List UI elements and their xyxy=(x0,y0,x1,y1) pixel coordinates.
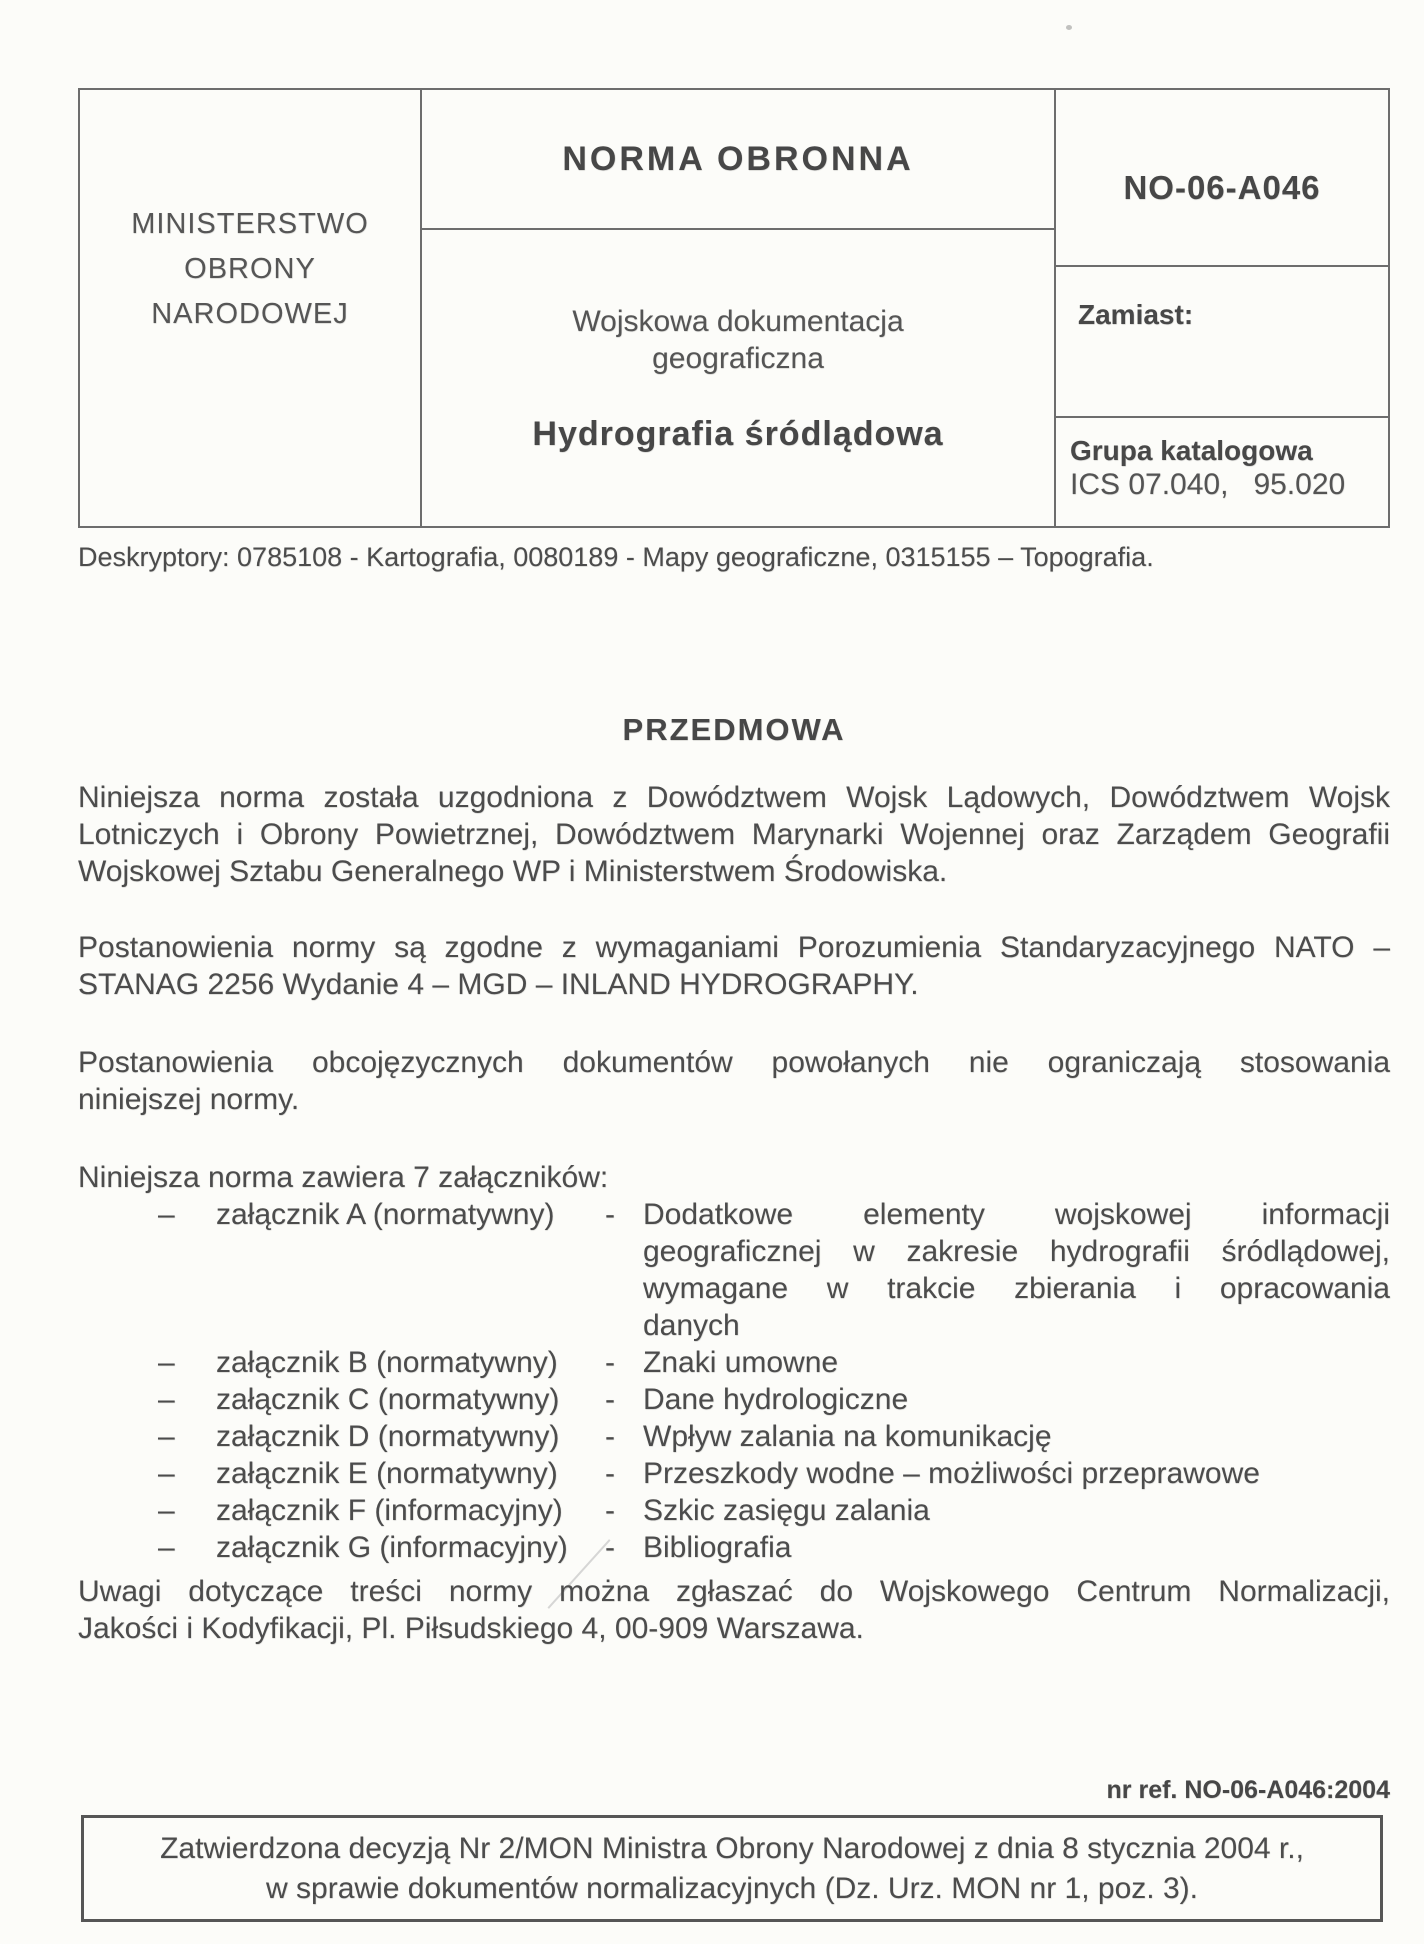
attachment-row-g: – załącznik G (informacyjny) - Bibliogra… xyxy=(78,1529,1390,1566)
paragraph-stanag: Postanowienia normy są zgodne z wymagani… xyxy=(78,929,1390,1003)
replaces-label: Zamiast: xyxy=(1078,299,1193,330)
paragraph-remarks: Uwagi dotyczące treści normy można zgłas… xyxy=(78,1573,1390,1647)
text-line: Uwagi dotyczące treści normy można zgłas… xyxy=(78,1573,1390,1610)
attachment-bullet: – xyxy=(78,1418,216,1455)
doc-type-label: NORMA OBRONNA xyxy=(562,140,913,179)
text-line: wymagane w trakcie zbierania i opracowan… xyxy=(643,1270,1390,1307)
attachment-separator: - xyxy=(593,1418,643,1455)
text-line: STANAG 2256 Wydanie 4 – MGD – INLAND HYD… xyxy=(78,966,1390,1003)
text-line: Postanowienia normy są zgodne z wymagani… xyxy=(78,929,1390,966)
attachment-bullet: – xyxy=(78,1344,216,1381)
paragraph-foreign-docs: Postanowienia obcojęzycznych dokumentów … xyxy=(78,1044,1390,1118)
text-line: Wojskowej Sztabu Generalnego WP i Minist… xyxy=(78,853,1390,890)
attachments-section: Niniejsza norma zawiera 7 załączników: –… xyxy=(78,1159,1390,1566)
text-line: Postanowienia obcojęzycznych dokumentów … xyxy=(78,1044,1390,1081)
text-line: danych xyxy=(643,1307,1390,1344)
paragraph-agreement: Niniejsza norma została uzgodniona z Dow… xyxy=(78,779,1390,890)
attachment-description: Przeszkody wodne – możliwości przeprawow… xyxy=(643,1455,1390,1492)
attachment-description: Wpływ zalania na komunikację xyxy=(643,1418,1390,1455)
attachment-bullet: – xyxy=(78,1196,216,1233)
attachment-label: załącznik C (normatywny) xyxy=(216,1381,593,1418)
text-line: Jakości i Kodyfikacji, Pl. Piłsudskiego … xyxy=(78,1610,1390,1647)
doc-subject-cell: Wojskowa dokumentacjageograficzna Hydrog… xyxy=(422,230,1054,526)
attachment-description: Znaki umowne xyxy=(643,1344,1390,1381)
text-line: Dodatkowe elementy wojskowej informacji xyxy=(643,1196,1390,1233)
attachment-bullet: – xyxy=(78,1381,216,1418)
attachment-separator: - xyxy=(593,1529,643,1566)
attachment-description: Dane hydrologiczne xyxy=(643,1381,1390,1418)
attachment-row-d: – załącznik D (normatywny) - Wpływ zalan… xyxy=(78,1418,1390,1455)
attachment-row-a: – załącznik A (normatywny) - Dodatkowe e… xyxy=(78,1196,1390,1344)
text-line: geograficzna xyxy=(572,340,903,377)
attachment-separator: - xyxy=(593,1381,643,1418)
text-line: geograficznej w zakresie hydrografii śró… xyxy=(643,1233,1390,1270)
attachment-label: załącznik G (informacyjny) xyxy=(216,1529,593,1566)
ministry-cell: MINISTERSTWOOBRONYNARODOWEJ xyxy=(80,90,422,526)
attachment-label: załącznik E (normatywny) xyxy=(216,1455,593,1492)
replaces-cell: Zamiast: xyxy=(1056,267,1388,418)
attachment-bullet: – xyxy=(78,1529,216,1566)
catalog-group-label: Grupa katalogowa xyxy=(1070,434,1388,468)
doc-number-cell: NO-06-A046 xyxy=(1056,90,1388,267)
header-table: MINISTERSTWOOBRONYNARODOWEJ NORMA OBRONN… xyxy=(78,88,1390,528)
text-line: Zatwierdzona decyzją Nr 2/MON Ministra O… xyxy=(84,1829,1380,1869)
text-line: Lotniczych i Obrony Powietrznej, Dowództ… xyxy=(78,816,1390,853)
attachment-row-c: – załącznik C (normatywny) - Dane hydrol… xyxy=(78,1381,1390,1418)
catalog-group-value: ICS 07.040, 95.020 xyxy=(1070,468,1388,502)
ministry-name: MINISTERSTWOOBRONYNARODOWEJ xyxy=(131,202,369,337)
attachment-separator: - xyxy=(593,1196,643,1233)
attachment-label: załącznik A (normatywny) xyxy=(216,1196,593,1233)
attachment-description: Bibliografia xyxy=(643,1529,1390,1566)
scanned-standard-document-page: MINISTERSTWOOBRONYNARODOWEJ NORMA OBRONN… xyxy=(0,0,1424,1944)
doc-type-cell: NORMA OBRONNA xyxy=(422,90,1054,230)
scan-speck-artifact xyxy=(1066,25,1072,30)
attachment-label: załącznik B (normatywny) xyxy=(216,1344,593,1381)
attachment-label: załącznik F (informacyjny) xyxy=(216,1492,593,1529)
attachment-separator: - xyxy=(593,1344,643,1381)
attachment-description: Dodatkowe elementy wojskowej informacjig… xyxy=(643,1196,1390,1344)
doc-title: Hydrografia śródlądowa xyxy=(532,415,943,454)
text-line: OBRONY xyxy=(131,247,369,292)
attachment-row-e: – załącznik E (normatywny) - Przeszkody … xyxy=(78,1455,1390,1492)
attachment-bullet: – xyxy=(78,1455,216,1492)
attachment-bullet: – xyxy=(78,1492,216,1529)
reference-number: nr ref. NO-06-A046:2004 xyxy=(78,1776,1390,1805)
text-line: Wojskowa dokumentacja xyxy=(572,303,903,340)
text-line: w sprawie dokumentów normalizacyjnych (D… xyxy=(84,1869,1380,1909)
text-line: Szkic zasięgu zalania xyxy=(643,1492,1390,1529)
title-column: NORMA OBRONNA Wojskowa dokumentacjageogr… xyxy=(422,90,1056,526)
text-line: Bibliografia xyxy=(643,1529,1390,1566)
text-line: MINISTERSTWO xyxy=(131,202,369,247)
reference-column: NO-06-A046 Zamiast: Grupa katalogowa ICS… xyxy=(1056,90,1388,526)
attachment-row-f: – załącznik F (informacyjny) - Szkic zas… xyxy=(78,1492,1390,1529)
text-line: Przeszkody wodne – możliwości przeprawow… xyxy=(643,1455,1390,1492)
attachment-label: załącznik D (normatywny) xyxy=(216,1418,593,1455)
approval-box: Zatwierdzona decyzją Nr 2/MON Ministra O… xyxy=(81,1815,1383,1922)
text-line: Dane hydrologiczne xyxy=(643,1381,1390,1418)
text-line: NARODOWEJ xyxy=(131,292,369,337)
attachment-description: Szkic zasięgu zalania xyxy=(643,1492,1390,1529)
descriptors-line: Deskryptory: 0785108 - Kartografia, 0080… xyxy=(78,540,1390,574)
doc-number: NO-06-A046 xyxy=(1123,169,1320,207)
text-line: niniejszej normy. xyxy=(78,1081,1390,1118)
doc-subtitle: Wojskowa dokumentacjageograficzna xyxy=(572,303,903,377)
attachment-separator: - xyxy=(593,1455,643,1492)
text-line: Znaki umowne xyxy=(643,1344,1390,1381)
attachment-separator: - xyxy=(593,1492,643,1529)
text-line: Wpływ zalania na komunikację xyxy=(643,1418,1390,1455)
foreword-heading: PRZEDMOWA xyxy=(78,712,1390,748)
catalog-group-cell: Grupa katalogowa ICS 07.040, 95.020 xyxy=(1056,418,1388,526)
attachment-row-b: – załącznik B (normatywny) - Znaki umown… xyxy=(78,1344,1390,1381)
text-line: Niniejsza norma została uzgodniona z Dow… xyxy=(78,779,1390,816)
attachments-intro: Niniejsza norma zawiera 7 załączników: xyxy=(78,1159,1390,1196)
